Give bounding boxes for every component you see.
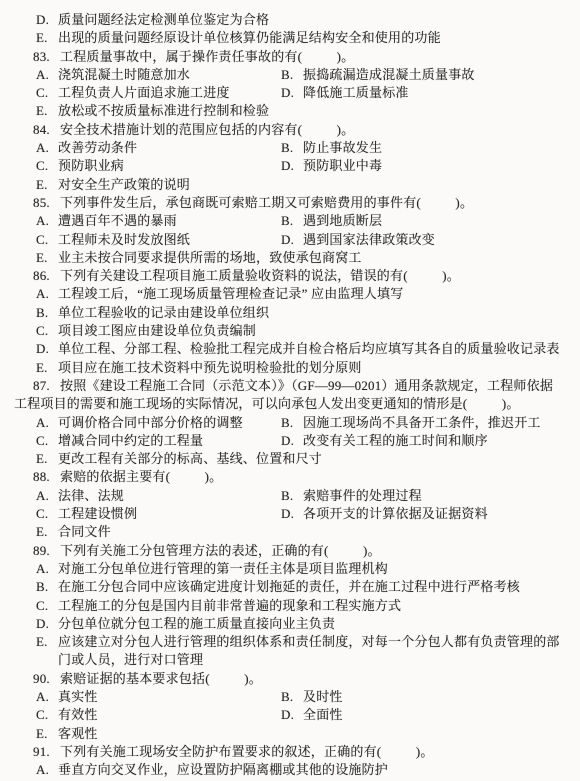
option-item: D.预防职业中毒 — [281, 157, 576, 175]
option-label: D. — [281, 231, 303, 249]
option-text: 各项开支的计算依据及证据资料 — [303, 506, 488, 521]
option-text: 增减合同中约定的工程量 — [58, 433, 203, 448]
option-text: 遭遇百年不遇的暴雨 — [58, 213, 177, 228]
option-text: 质量问题经法定检测单位鉴定为合格 — [58, 12, 269, 27]
option-item: C.工程师未及时发放图纸 — [36, 231, 281, 249]
option-line: C.工程施工的分包是国内目前非常普遍的现象和工程实施方式 — [0, 597, 576, 615]
option-line: E.合同文件 — [0, 523, 576, 541]
option-text: 工程建设惯例 — [58, 506, 137, 521]
option-text: 项目应在施工技术资料中预先说明检验批的划分原则 — [58, 360, 362, 375]
option-label: A. — [36, 212, 58, 230]
option-item: B.索赔事件的处理过程 — [281, 487, 576, 505]
option-text: 防止事故发生 — [303, 140, 382, 155]
option-label: D. — [281, 84, 303, 102]
option-line: E.业主未按合同要求提供所需的场地，致使承包商窝工 — [0, 249, 576, 267]
question-list: D.质量问题经法定检测单位鉴定为合格E.出现的质量问题经原设计单位核算仍能满足结… — [0, 11, 576, 779]
option-text: 对安全生产政策的说明 — [58, 177, 190, 192]
option-text: 工程施工的分包是国内目前非常普遍的现象和工程实施方式 — [58, 598, 401, 613]
question-number: 85. — [33, 194, 60, 212]
option-label: D. — [281, 505, 303, 523]
option-text: 浇筑混凝土时随意加水 — [58, 67, 190, 82]
option-line: E.项目应在施工技术资料中预先说明检验批的划分原则 — [0, 359, 576, 377]
option-pair-row: C.工程师未及时发放图纸D.遇到国家法律政策改变 — [0, 231, 576, 249]
option-item: D.改变有关工程的施工时间和顺序 — [281, 432, 576, 450]
question-number: 88. — [33, 468, 60, 486]
option-text: 应该建立对分包人进行管理的组织体系和责任制度，对每一个分包人都有负责管理的部 — [58, 634, 560, 649]
option-label: C. — [36, 231, 58, 249]
option-label: E. — [36, 523, 58, 541]
option-label: C. — [36, 322, 58, 340]
option-line: A.垂直方向交叉作业，应设置防护隔离棚或其他的设施防护 — [0, 761, 576, 779]
option-item: D.降低施工质量标准 — [281, 84, 576, 102]
option-item: A.遭遇百年不遇的暴雨 — [36, 212, 281, 230]
option-text: 预防职业病 — [58, 158, 124, 173]
option-item: D.遇到国家法律政策改变 — [281, 231, 576, 249]
question-line: 87.按照《建设工程施工合同（示范文本）》（GF—99—0201）通用条款规定，… — [0, 377, 576, 395]
option-label: C. — [36, 597, 58, 615]
question-line: 86.下列有关建设工程项目施工质量验收资料的说法，错误的有( )。 — [0, 267, 576, 285]
option-item: B.及时性 — [281, 688, 576, 706]
question-text: 索赔证据的基本要求包括( )。 — [60, 671, 262, 686]
option-text: 遇到地质断层 — [303, 213, 382, 228]
option-label: A. — [36, 487, 58, 505]
option-text: 改变有关工程的施工时间和顺序 — [303, 433, 488, 448]
option-label: E. — [36, 249, 58, 267]
question-text: 工程质量事故中，属于操作责任事故的有( )。 — [60, 49, 354, 64]
option-item: B.振捣疏漏造成混凝土质量事故 — [281, 66, 576, 84]
question-line: 85.下列事件发生后，承包商既可索赔工期又可索赔费用的事件有( )。 — [0, 194, 576, 212]
option-label: B. — [281, 139, 303, 157]
option-text: 工程竣工后，“施工现场质量管理检查记录” 应由监理人填写 — [58, 286, 403, 301]
option-text: 预防职业中毒 — [303, 158, 382, 173]
question-line: 84.安全技术措施计划的范围应包括的内容有( )。 — [0, 121, 576, 139]
option-label: D. — [281, 432, 303, 450]
option-pair-row: A.遭遇百年不遇的暴雨B.遇到地质断层 — [0, 212, 576, 230]
option-text: 项目竣工图应由建设单位负责编制 — [58, 323, 256, 338]
option-line: B.单位工程验收的记录由建设单位组织 — [0, 304, 576, 322]
option-text: 单位工程验收的记录由建设单位组织 — [58, 305, 269, 320]
option-line: D.单位工程、分部工程、检验批工程完成并自检合格后均应填写其各自的质量验收记录表 — [0, 340, 576, 358]
option-line: E.应该建立对分包人进行管理的组织体系和责任制度，对每一个分包人都有负责管理的部 — [0, 633, 576, 651]
option-line: B.在施工分包合同中应该确定进度计划拖延的责任，并在施工过程中进行严格考核 — [0, 578, 576, 596]
option-label: E. — [36, 359, 58, 377]
option-text: 工程师未及时发放图纸 — [58, 232, 190, 247]
option-text: 放松或不按质量标准进行控制和检验 — [58, 103, 269, 118]
option-line: A.工程竣工后，“施工现场质量管理检查记录” 应由监理人填写 — [0, 285, 576, 303]
option-pair-row: A.真实性B.及时性 — [0, 688, 576, 706]
option-label: B. — [36, 578, 58, 596]
option-pair-row: C.增减合同中约定的工程量D.改变有关工程的施工时间和顺序 — [0, 432, 576, 450]
option-line: E.放松或不按质量标准进行控制和检验 — [0, 102, 576, 120]
option-line: C.项目竣工图应由建设单位负责编制 — [0, 322, 576, 340]
option-label: D. — [36, 11, 58, 29]
option-item: B.因施工现场尚不具备开工条件，推迟开工 — [281, 414, 576, 432]
option-pair-row: C.工程建设惯例D.各项开支的计算依据及证据资料 — [0, 505, 576, 523]
question-number: 89. — [33, 542, 60, 560]
option-text: 因施工现场尚不具备开工条件，推迟开工 — [303, 415, 541, 430]
option-label: A. — [36, 139, 58, 157]
option-pair-row: A.浇筑混凝土时随意加水B.振捣疏漏造成混凝土质量事故 — [0, 66, 576, 84]
question-number: 90. — [33, 670, 60, 688]
question-text: 下列有关施工分包管理方法的表述，正确的有( )。 — [60, 543, 381, 558]
question-text: 下列有关建设工程项目施工质量验收资料的说法，错误的有( )。 — [60, 268, 460, 283]
option-item: D.全面性 — [281, 706, 576, 724]
question-text: 安全技术措施计划的范围应包括的内容有( )。 — [60, 122, 354, 137]
exam-page: D.质量问题经法定检测单位鉴定为合格E.出现的质量问题经原设计单位核算仍能满足结… — [0, 0, 580, 781]
question-line: 91.下列有关施工现场安全防护布置要求的叙述，正确的有( )。 — [0, 743, 576, 761]
question-text: 按照《建设工程施工合同（示范文本）》（GF—99—0201）通用条款规定，工程师… — [60, 378, 553, 393]
option-text: 客观性 — [58, 726, 98, 741]
question-line: 90.索赔证据的基本要求包括( )。 — [0, 670, 576, 688]
option-text: 遇到国家法律政策改变 — [303, 232, 435, 247]
option-label: E. — [36, 633, 58, 651]
question-text: 索赔的依据主要有( )。 — [60, 469, 222, 484]
option-label: E. — [36, 725, 58, 743]
option-label: A. — [36, 414, 58, 432]
option-label: E. — [36, 29, 58, 47]
option-item: B.遇到地质断层 — [281, 212, 576, 230]
question-number: 83. — [33, 48, 60, 66]
question-number: 87. — [33, 377, 60, 395]
option-text: 全面性 — [303, 707, 343, 722]
option-text: 真实性 — [58, 689, 98, 704]
question-line: 83.工程质量事故中，属于操作责任事故的有( )。 — [0, 48, 576, 66]
option-text: 工程负责人片面追求施工进度 — [58, 85, 230, 100]
option-line: D.分包单位就分包工程的施工质量直接向业主负责 — [0, 615, 576, 633]
option-line: E.出现的质量问题经原设计单位核算仍能满足结构安全和使用的功能 — [0, 29, 576, 47]
option-item: A.浇筑混凝土时随意加水 — [36, 66, 281, 84]
question-number: 91. — [33, 743, 60, 761]
option-label: B. — [281, 487, 303, 505]
option-pair-row: C.预防职业病D.预防职业中毒 — [0, 157, 576, 175]
continuation-line: 工程项目的需要和施工现场的实际情况，可以向承包人发出变更通知的情形是( )。 — [0, 395, 576, 413]
option-pair-row: A.可调价格合同中部分价格的调整B.因施工现场尚不具备开工条件，推迟开工 — [0, 414, 576, 432]
option-label: A. — [36, 761, 58, 779]
option-text: 分包单位就分包工程的施工质量直接向业主负责 — [58, 616, 335, 631]
option-item: C.预防职业病 — [36, 157, 281, 175]
option-text: 改善劳动条件 — [58, 140, 137, 155]
option-item: B.防止事故发生 — [281, 139, 576, 157]
continuation-text: 门或人员，进行对口管理 — [58, 652, 203, 667]
option-text: 业主未按合同要求提供所需的场地，致使承包商窝工 — [58, 250, 362, 265]
option-label: B. — [36, 304, 58, 322]
option-item: A.改善劳动条件 — [36, 139, 281, 157]
option-label: D. — [36, 615, 58, 633]
option-line: E.对安全生产政策的说明 — [0, 176, 576, 194]
option-text: 可调价格合同中部分价格的调整 — [58, 415, 243, 430]
option-label: A. — [36, 66, 58, 84]
option-line: A.对施工分包单位进行管理的第一责任主体是项目监理机构 — [0, 560, 576, 578]
option-pair-row: C.工程负责人片面追求施工进度D.降低施工质量标准 — [0, 84, 576, 102]
option-text: 在施工分包合同中应该确定进度计划拖延的责任，并在施工过程中进行严格考核 — [58, 579, 520, 594]
option-line: D.质量问题经法定检测单位鉴定为合格 — [0, 11, 576, 29]
option-text: 降低施工质量标准 — [303, 85, 409, 100]
option-label: E. — [36, 176, 58, 194]
option-text: 单位工程、分部工程、检验批工程完成并自检合格后均应填写其各自的质量验收记录表 — [58, 341, 560, 356]
continuation-text: 工程项目的需要和施工现场的实际情况，可以向承包人发出变更通知的情形是( )。 — [14, 396, 520, 411]
question-text: 下列事件发生后，承包商既可索赔工期又可索赔费用的事件有( )。 — [60, 195, 473, 210]
question-number: 84. — [33, 121, 60, 139]
option-label: C. — [36, 505, 58, 523]
option-label: B. — [281, 66, 303, 84]
question-number: 86. — [33, 267, 60, 285]
option-pair-row: A.改善劳动条件B.防止事故发生 — [0, 139, 576, 157]
question-line: 89.下列有关施工分包管理方法的表述，正确的有( )。 — [0, 542, 576, 560]
option-text: 合同文件 — [58, 524, 111, 539]
option-label: C. — [36, 432, 58, 450]
option-text: 及时性 — [303, 689, 343, 704]
option-label: B. — [281, 212, 303, 230]
option-text: 更改工程有关部分的标高、基线、位置和尺寸 — [58, 451, 322, 466]
option-item: A.可调价格合同中部分价格的调整 — [36, 414, 281, 432]
option-label: C. — [36, 157, 58, 175]
option-label: B. — [281, 414, 303, 432]
option-label: D. — [281, 157, 303, 175]
option-item: A.法律、法规 — [36, 487, 281, 505]
option-label: E. — [36, 450, 58, 468]
continuation-line: 门或人员，进行对口管理 — [0, 651, 576, 669]
option-label: A. — [36, 560, 58, 578]
option-line: E.客观性 — [0, 725, 576, 743]
option-label: D. — [281, 706, 303, 724]
option-item: A.真实性 — [36, 688, 281, 706]
option-item: D.各项开支的计算依据及证据资料 — [281, 505, 576, 523]
option-item: C.增减合同中约定的工程量 — [36, 432, 281, 450]
option-text: 索赔事件的处理过程 — [303, 488, 422, 503]
question-text: 下列有关施工现场安全防护布置要求的叙述，正确的有( )。 — [60, 744, 434, 759]
option-line: E.更改工程有关部分的标高、基线、位置和尺寸 — [0, 450, 576, 468]
option-text: 振捣疏漏造成混凝土质量事故 — [303, 67, 475, 82]
option-label: C. — [36, 706, 58, 724]
option-label: A. — [36, 688, 58, 706]
option-text: 有效性 — [58, 707, 98, 722]
option-pair-row: A.法律、法规B.索赔事件的处理过程 — [0, 487, 576, 505]
option-item: C.有效性 — [36, 706, 281, 724]
option-text: 对施工分包单位进行管理的第一责任主体是项目监理机构 — [58, 561, 388, 576]
option-text: 出现的质量问题经原设计单位核算仍能满足结构安全和使用的功能 — [58, 30, 441, 45]
option-text: 法律、法规 — [58, 488, 124, 503]
option-label: E. — [36, 102, 58, 120]
option-item: C.工程建设惯例 — [36, 505, 281, 523]
option-pair-row: C.有效性D.全面性 — [0, 706, 576, 724]
option-label: A. — [36, 285, 58, 303]
option-label: D. — [36, 340, 58, 358]
option-label: C. — [36, 84, 58, 102]
option-text: 垂直方向交叉作业，应设置防护隔离棚或其他的设施防护 — [58, 762, 388, 777]
question-line: 88.索赔的依据主要有( )。 — [0, 468, 576, 486]
option-label: B. — [281, 688, 303, 706]
option-item: C.工程负责人片面追求施工进度 — [36, 84, 281, 102]
